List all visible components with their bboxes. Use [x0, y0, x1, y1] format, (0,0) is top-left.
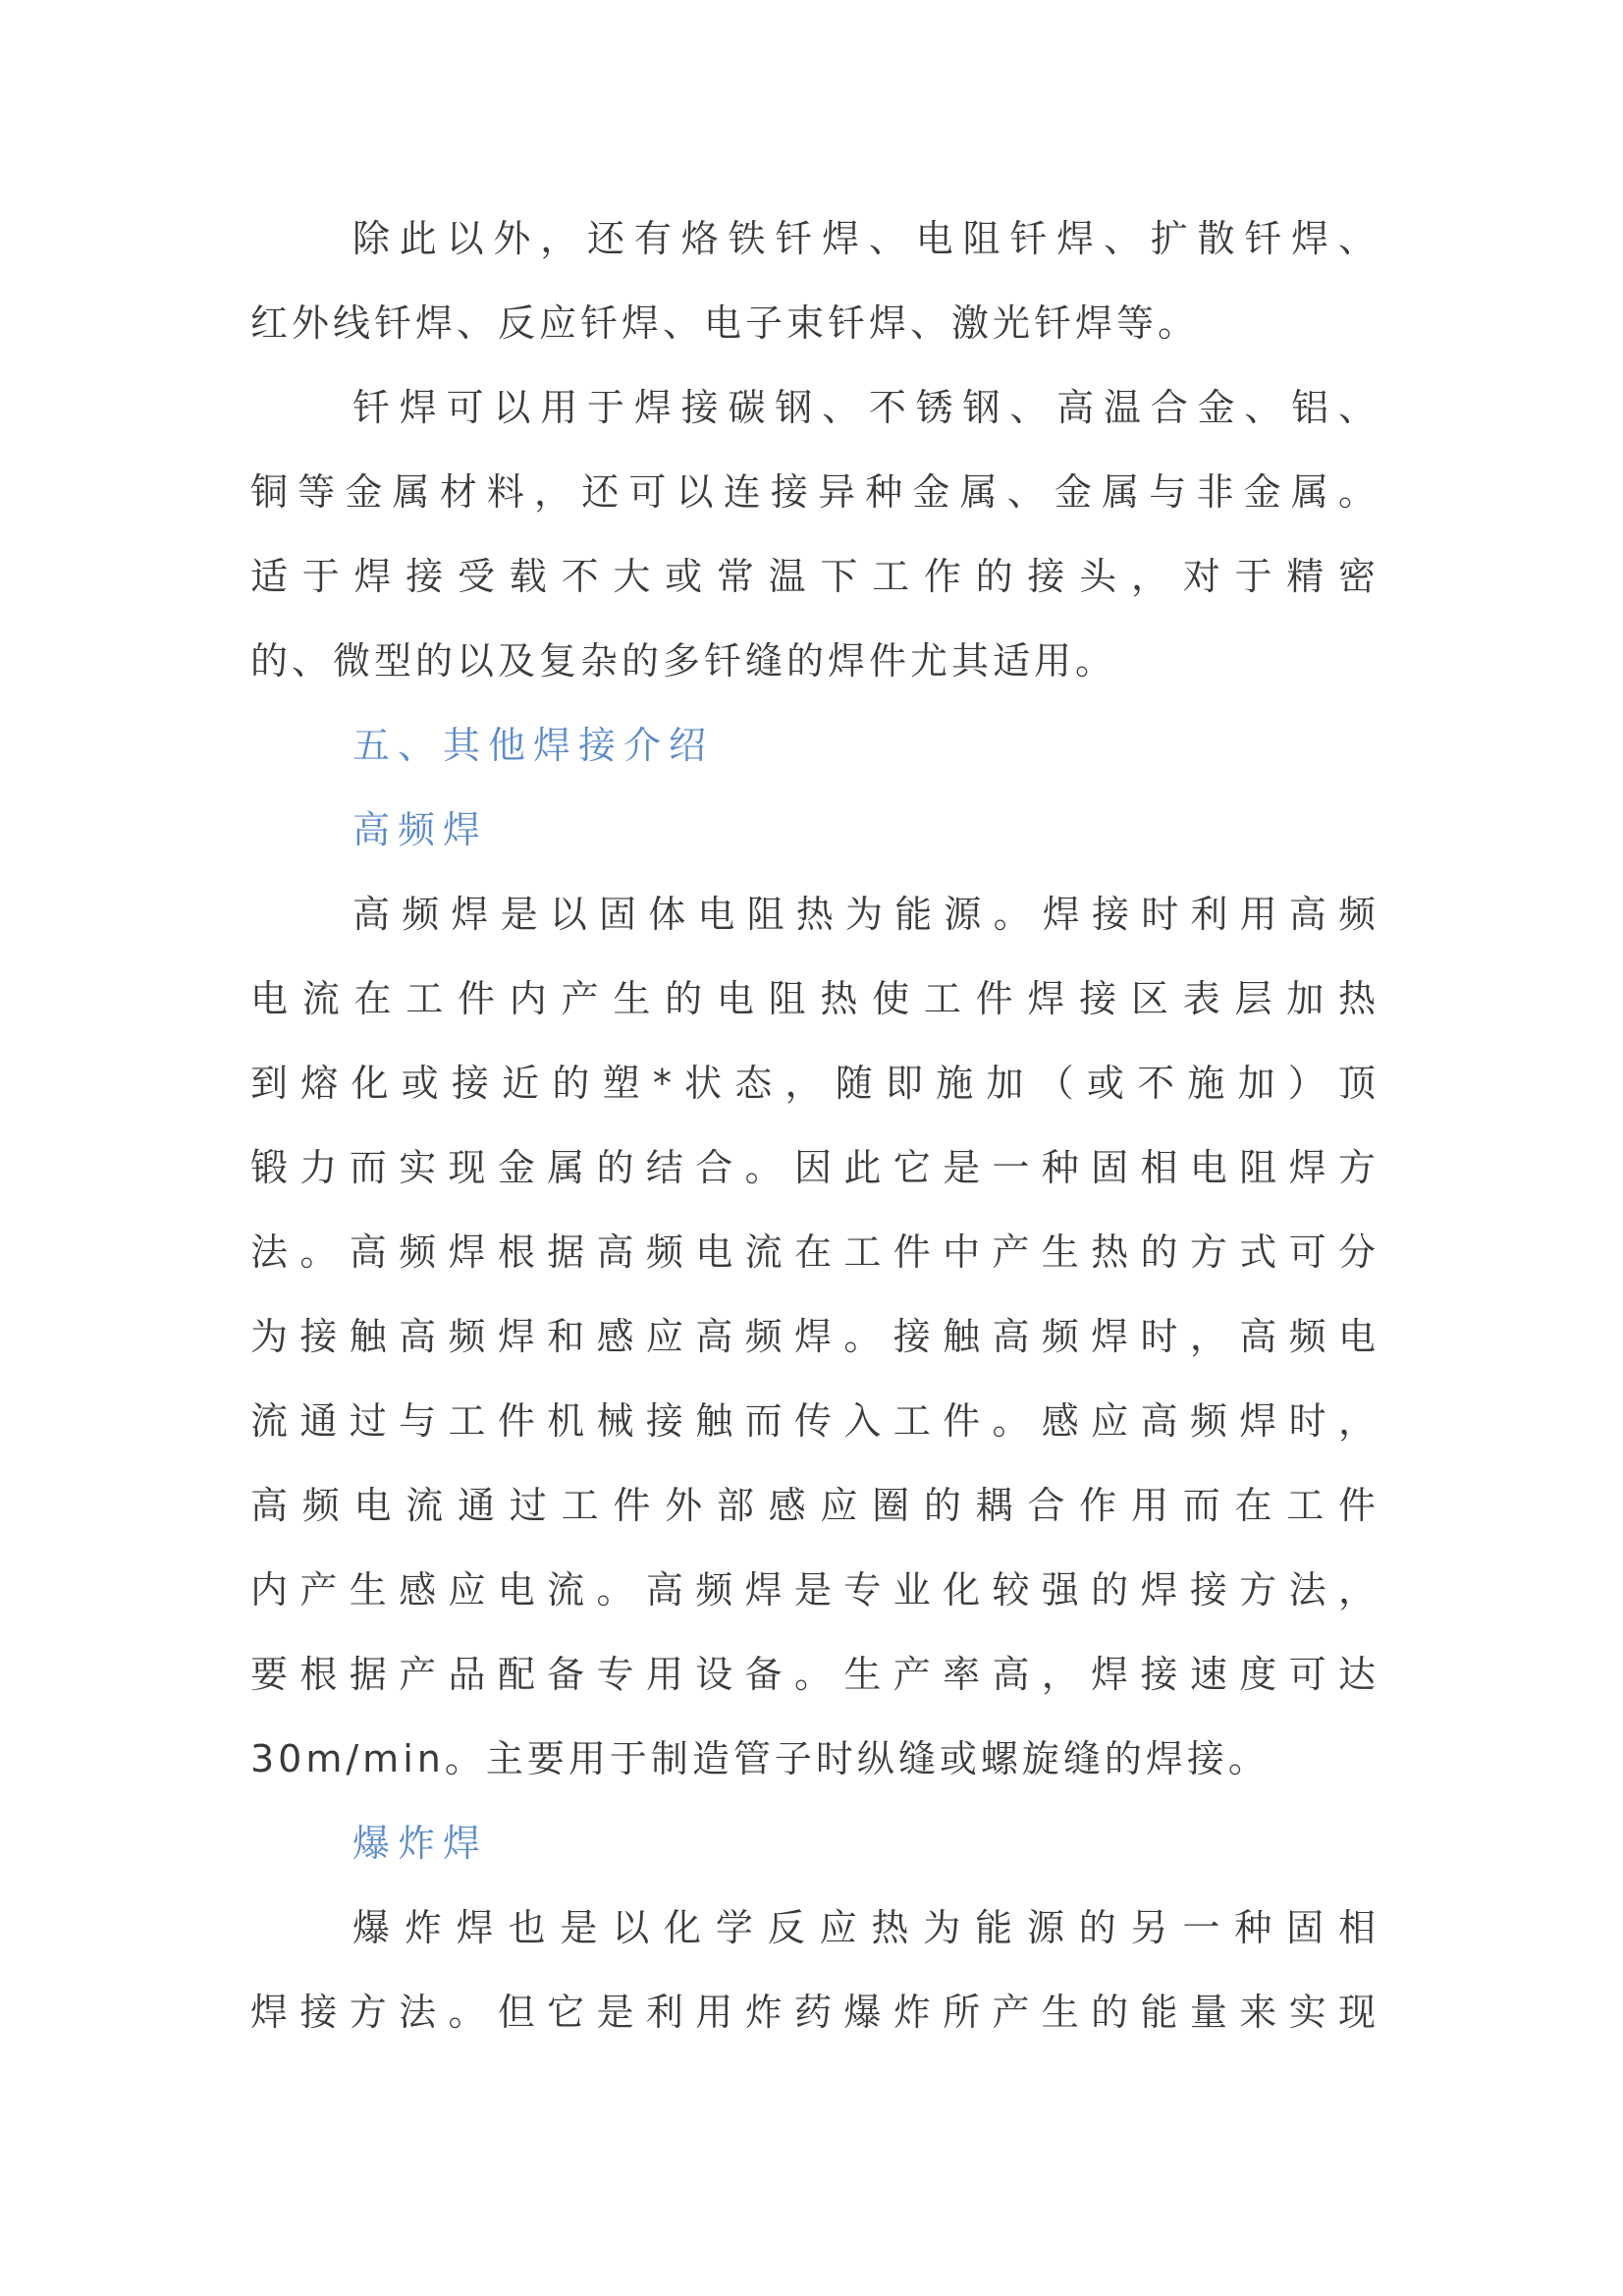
text-line: 内产生感应电流。高频焊是专业化较强的焊接方法， — [250, 1548, 1380, 1632]
paragraph-high-frequency-welding: 高频焊是以固体电阻热为能源。焊接时利用高频 电流在工件内产生的电阻热使工件焊接区… — [250, 872, 1380, 1801]
text-line: 铜等金属材料，还可以连接异种金属、金属与非金属。 — [250, 450, 1380, 534]
text-line: 高频焊是以固体电阻热为能源。焊接时利用高频 — [250, 872, 1380, 957]
section-heading-other-welding: 五、其他焊接介绍 — [250, 703, 1380, 788]
paragraph-brazing-applications: 钎焊可以用于焊接碳钢、不锈钢、高温合金、铝、 铜等金属材料，还可以连接异种金属、… — [250, 365, 1380, 703]
text-line: 电流在工件内产生的电阻热使工件焊接区表层加热 — [250, 957, 1380, 1041]
text-line: 30m/min。主要用于制造管子时纵缝或螺旋缝的焊接。 — [250, 1717, 1380, 1801]
text-line: 爆炸焊也是以化学反应热为能源的另一种固相 — [250, 1886, 1380, 1970]
text-line: 到熔化或接近的塑*状态，随即施加（或不施加）顶 — [250, 1041, 1380, 1125]
paragraph-explosive-welding: 爆炸焊也是以化学反应热为能源的另一种固相 焊接方法。但它是利用炸药爆炸所产生的能… — [250, 1886, 1380, 2054]
subheading-high-frequency-welding: 高频焊 — [250, 788, 1380, 872]
text-line: 高频电流通过工件外部感应圈的耦合作用而在工件 — [250, 1463, 1380, 1548]
text-line: 钎焊可以用于焊接碳钢、不锈钢、高温合金、铝、 — [250, 365, 1380, 450]
paragraph-other-brazing-methods: 除此以外，还有烙铁钎焊、电阻钎焊、扩散钎焊、 红外线钎焊、反应钎焊、电子束钎焊、… — [250, 196, 1380, 365]
subheading-explosive-welding: 爆炸焊 — [250, 1801, 1380, 1886]
text-line: 要根据产品配备专用设备。生产率高，焊接速度可达 — [250, 1632, 1380, 1717]
document-page: 除此以外，还有烙铁钎焊、电阻钎焊、扩散钎焊、 红外线钎焊、反应钎焊、电子束钎焊、… — [250, 196, 1380, 2054]
text-line: 的、微型的以及复杂的多钎缝的焊件尤其适用。 — [250, 619, 1380, 703]
text-line: 除此以外，还有烙铁钎焊、电阻钎焊、扩散钎焊、 — [250, 196, 1380, 281]
text-line: 焊接方法。但它是利用炸药爆炸所产生的能量来实现 — [250, 1970, 1380, 2054]
text-line: 为接触高频焊和感应高频焊。接触高频焊时，高频电 — [250, 1294, 1380, 1379]
text-line: 流通过与工件机械接触而传入工件。感应高频焊时， — [250, 1379, 1380, 1463]
text-line: 锻力而实现金属的结合。因此它是一种固相电阻焊方 — [250, 1125, 1380, 1210]
text-line: 适于焊接受载不大或常温下工作的接头，对于精密 — [250, 534, 1380, 619]
text-line: 法。高频焊根据高频电流在工件中产生热的方式可分 — [250, 1210, 1380, 1294]
text-line: 红外线钎焊、反应钎焊、电子束钎焊、激光钎焊等。 — [250, 281, 1380, 365]
